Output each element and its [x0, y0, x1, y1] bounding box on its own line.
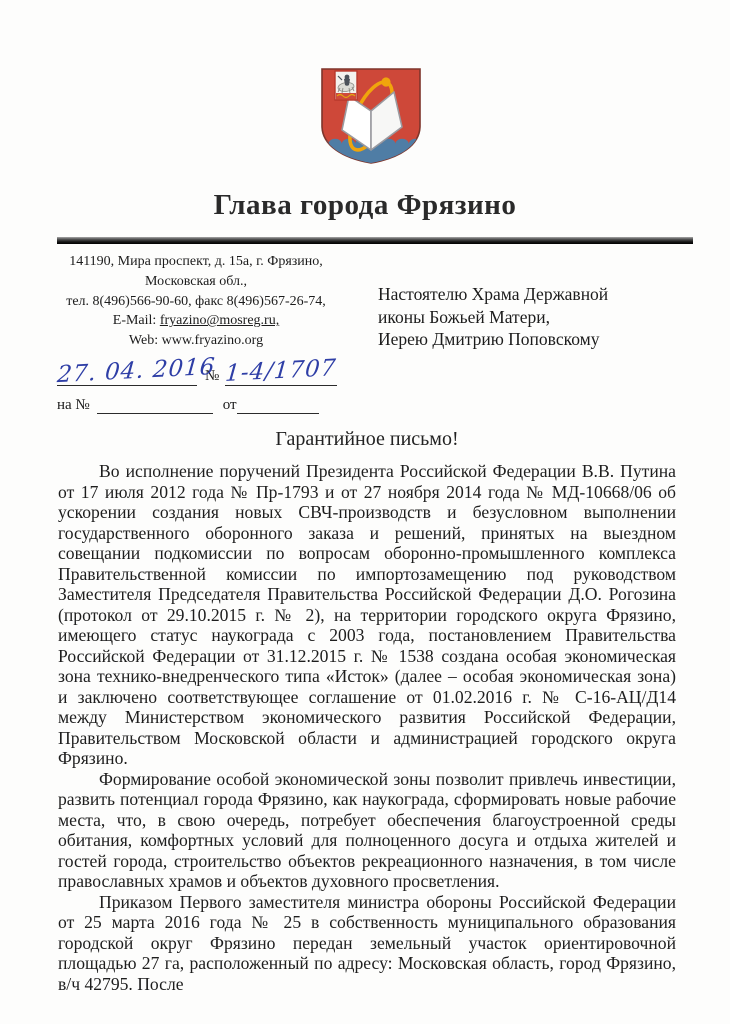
scanned-letter-page: Глава города Фрязино 141190, Мира проспе… — [0, 0, 730, 1024]
handwritten-date: 27. 04. 2016 — [56, 356, 216, 389]
incoming-date-underline — [237, 413, 319, 414]
recipient-line: иконы Божьей Матери, — [378, 306, 608, 329]
web-value: www.fryazino.org — [162, 333, 263, 348]
sender-phone-line: тел. 8(496)566-90-60, факс 8(496)567-26-… — [52, 292, 340, 312]
sender-address-line: Московская обл., — [52, 272, 340, 292]
sender-email-line: E-Mail: fryazino@mosreg.ru, — [52, 311, 340, 331]
email-label: E-Mail: — [113, 313, 160, 328]
letter-paragraph: Во исполнение поручений Президента Росси… — [58, 461, 676, 769]
letter-paragraph: Приказом Первого заместителя министра об… — [58, 892, 676, 995]
email-value: fryazino@mosreg.ru, — [160, 313, 279, 328]
incoming-number-label: на № — [57, 397, 90, 414]
letterhead-divider — [57, 237, 693, 244]
recipient-line: Иерею Дмитрию Поповскому — [378, 328, 608, 351]
outgoing-reference-row: 27. 04. 2016 № 1-4/1707 — [57, 350, 337, 386]
recipient-line: Настоятелю Храма Державной — [378, 283, 608, 306]
letter-paragraph: Формирование особой экономической зоны п… — [58, 769, 676, 892]
reference-block: 27. 04. 2016 № 1-4/1707 на № от — [57, 350, 337, 414]
date-underline: 27. 04. 2016 — [57, 360, 197, 386]
sender-contact-block: 141190, Мира проспект, д. 15а, г. Фрязин… — [52, 252, 340, 351]
incoming-reference-row: на № от — [57, 390, 337, 414]
number-underline: 1-4/1707 — [225, 360, 337, 386]
letter-subject: Гарантийное письмо! — [58, 428, 676, 451]
web-label: Web: — [129, 333, 162, 348]
incoming-date-label: от — [223, 397, 237, 414]
sender-web-line: Web: www.fryazino.org — [52, 331, 340, 351]
handwritten-number: 1-4/1707 — [224, 357, 337, 388]
incoming-number-underline — [97, 413, 213, 414]
fryazino-coat-of-arms-icon — [318, 66, 424, 167]
letterhead-title: Глава города Фрязино — [0, 189, 730, 222]
letter-body: Во исполнение поручений Президента Росси… — [58, 461, 676, 994]
sender-address-line: 141190, Мира проспект, д. 15а, г. Фрязин… — [52, 252, 340, 272]
recipient-block: Настоятелю Храма Державной иконы Божьей … — [378, 283, 608, 351]
